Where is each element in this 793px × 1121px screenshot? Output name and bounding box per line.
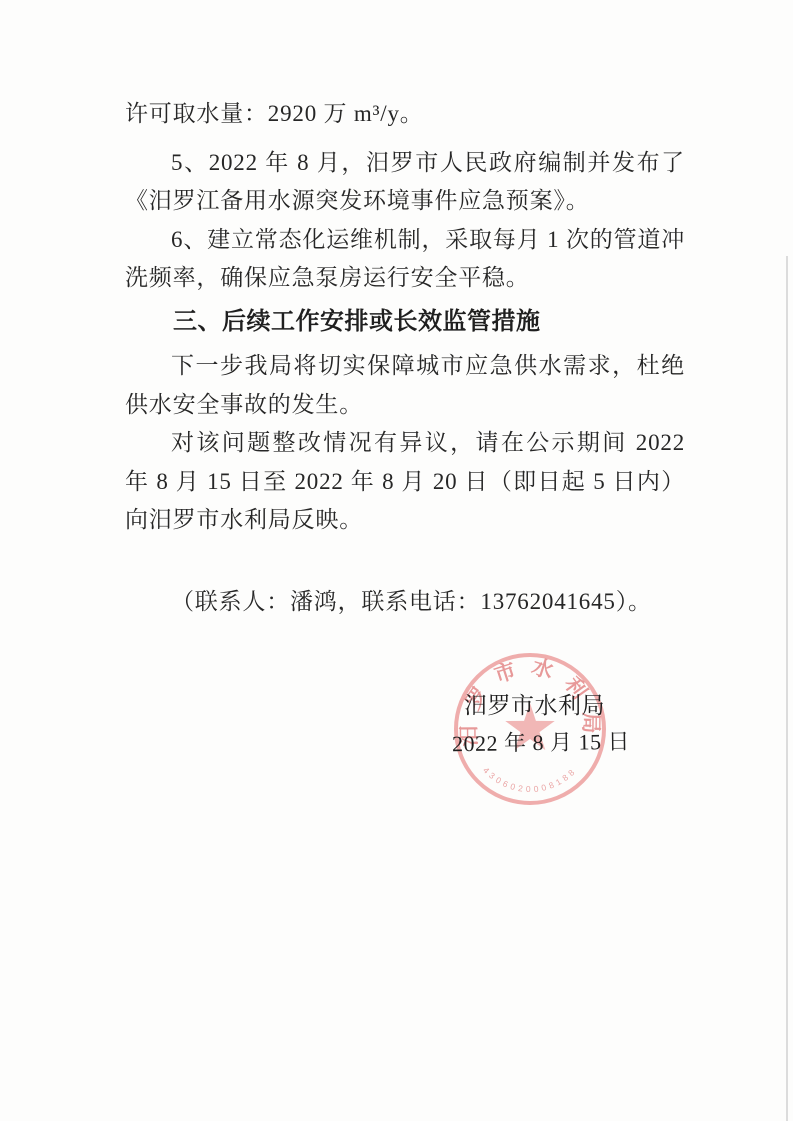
contact-line: （联系人：潘鸿，联系电话：13762041645）。	[125, 583, 685, 622]
paragraph-objection-notice: 对该问题整改情况有异议，请在公示期间 2022 年 8 月 15 日至 2022…	[125, 424, 685, 540]
signature-date: 2022 年 8 月 15 日	[452, 725, 630, 758]
svg-text:4306020008188: 4306020008188	[481, 765, 579, 794]
scanned-document-page: 许可取水量：2920 万 m³/y。 5、2022 年 8 月，汨罗市人民政府编…	[0, 0, 793, 1121]
signature-organization: 汨罗市水利局	[464, 687, 605, 720]
paragraph-next-step: 下一步我局将切实保障城市应急供水需求，杜绝供水安全事故的发生。	[125, 347, 685, 424]
scan-edge-line	[786, 256, 788, 1121]
section-heading-followup: 三、后续工作安排或长效监管措施	[125, 303, 685, 342]
paragraph-water-permit: 许可取水量：2920 万 m³/y。	[125, 95, 685, 134]
paragraph-item-5: 5、2022 年 8 月，汨罗市人民政府编制并发布了《汨罗江备用水源突发环境事件…	[125, 144, 685, 221]
document-body: 许可取水量：2920 万 m³/y。 5、2022 年 8 月，汨罗市人民政府编…	[125, 95, 685, 621]
seal-serial-number: 4306020008188	[481, 765, 579, 794]
paragraph-item-6: 6、建立常态化运维机制，采取每月 1 次的管道冲洗频率，确保应急泵房运行安全平稳…	[125, 221, 685, 298]
